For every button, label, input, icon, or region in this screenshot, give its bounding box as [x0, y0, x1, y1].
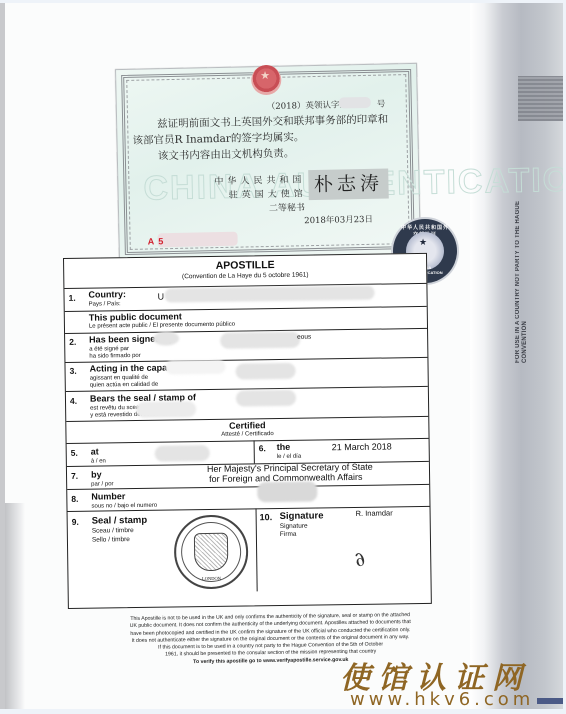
fco-crest-seal: LONDON: [174, 514, 249, 589]
scanned-page: FOR USE IN A COUNTRY NOT PARTY TO THE HA…: [0, 3, 563, 709]
field-number: 10.: [260, 512, 273, 522]
redacted-authority: [236, 390, 296, 407]
redacted-number: [257, 481, 317, 502]
handwritten-signature: ∂: [350, 546, 370, 572]
column-divider: [254, 440, 255, 463]
redacted-capacity: [235, 363, 295, 380]
field-sublabel: Le présent acte public / El presente doc…: [89, 321, 235, 331]
chinese-authentication-certificate: CHINA AUTHENTICATION （2018）英领认字第 号 兹证明前面…: [115, 63, 421, 261]
certificate-paragraph-3: 该文书内容由出文机构负责。: [158, 145, 295, 163]
field-number: 2.: [69, 337, 76, 347]
redacted-country: [164, 286, 374, 303]
issuer-line-2: 驻英国大使馆: [229, 186, 307, 201]
field-label: Country:: [88, 289, 126, 300]
field-number: 6.: [259, 443, 266, 453]
redacted-place: [155, 445, 210, 462]
signature-name: R. Inamdar: [356, 508, 393, 518]
field-number: 3.: [70, 366, 77, 376]
signature-cell: 10. Signature Signature Firma R. Inamdar…: [256, 506, 431, 605]
certificate-date: 2018年03月23日: [304, 213, 373, 226]
field-number: 5.: [71, 448, 78, 458]
official-signature: 朴志涛: [308, 168, 389, 200]
date-value: 21 March 2018: [332, 441, 392, 452]
seal-signature-section: 9. Seal / stamp Sceau / timbre Sello / t…: [68, 506, 431, 608]
field-sublabel: Sceau / timbre: [92, 527, 134, 536]
redacted-signer: [220, 332, 300, 349]
field-sublabel: ha sido firmado por: [89, 352, 140, 361]
star-icon: ★: [419, 237, 427, 248]
field-label: Number: [91, 491, 125, 501]
redacted-serial: [157, 232, 237, 248]
field-number: 9.: [72, 517, 79, 527]
field-sublabel: le / el día: [277, 453, 301, 461]
field-label: Signature: [280, 510, 324, 522]
issuer-title: 二等秘书: [269, 200, 305, 214]
scan-shadow: [5, 503, 25, 709]
site-watermark-url: www.hkv6.com: [350, 689, 534, 709]
field-sublabel: Firma: [280, 531, 297, 539]
field-sublabel: Signature: [280, 523, 308, 531]
field-sublabel: Pays / País:: [89, 300, 121, 308]
crest-label: LONDON: [176, 575, 246, 581]
field-label: at: [91, 447, 99, 457]
field-number: 8.: [71, 494, 78, 504]
field-label: the: [277, 442, 291, 452]
signer-value: eous: [297, 334, 311, 341]
field-label: by: [91, 469, 102, 479]
field-sublabel: quien actúa en calidad de: [90, 381, 158, 390]
field-number: 1.: [68, 293, 75, 303]
reference-prefix: （2018）英领认字第: [267, 98, 348, 112]
certificate-serial: A 5: [148, 236, 165, 246]
spine-stripe: [537, 698, 563, 704]
royal-coat-of-arms-icon: [194, 533, 229, 571]
reference-suffix: 号: [377, 98, 386, 110]
issuer-line-1: 中华人民共和国: [214, 172, 305, 187]
redacted-reference: [339, 97, 371, 109]
redacted-seal-sublabel: [136, 401, 196, 418]
field-sublabel: à / en: [91, 457, 106, 465]
apostille-form: APOSTILLE (Convention de La Haye du 5 oc…: [63, 253, 432, 609]
field-label: Seal / stamp: [92, 515, 148, 527]
country-value: U: [157, 292, 164, 302]
field-sublabel: Sello / timbre: [92, 536, 130, 545]
spine-text: FOR USE IN A COUNTRY NOT PARTY TO THE HA…: [515, 193, 537, 363]
redacted-label: [153, 331, 179, 345]
spine-barcode: [518, 76, 563, 121]
field-number: 7.: [71, 471, 78, 481]
field-number: 4.: [70, 396, 77, 406]
redacted-capacity-label: [165, 360, 225, 375]
